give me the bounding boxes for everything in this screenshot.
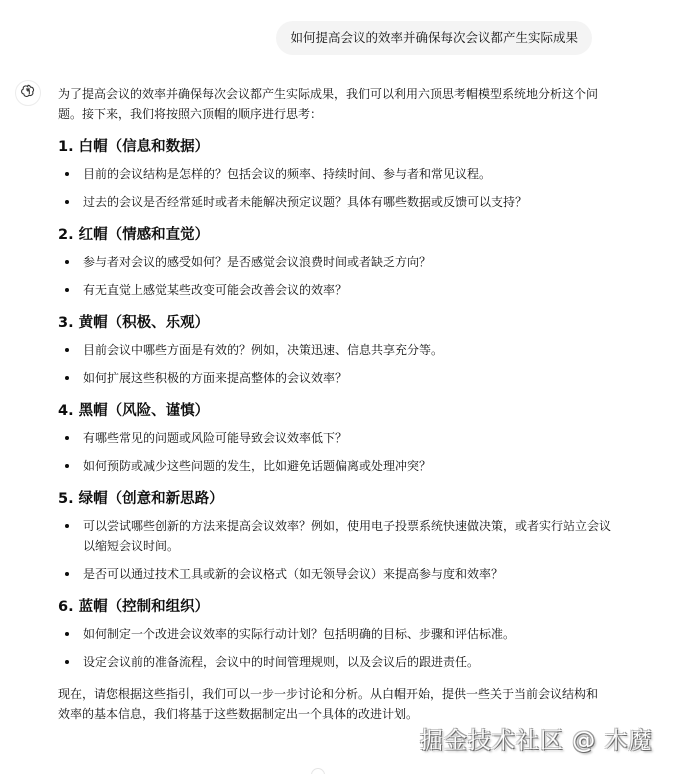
section-blue-hat: 6. 蓝帽（控制和组织） 如何制定一个改进会议效率的实际行动计划？包括明确的目标… <box>58 596 618 672</box>
list-item: 如何预防或减少这些问题的发生，比如避免话题偏离或处理冲突？ <box>58 456 618 476</box>
list-item: 是否可以通过技术工具或新的会议格式（如无领导会议）来提高参与度和效率？ <box>58 564 618 584</box>
section-white-hat: 1. 白帽（信息和数据） 目前的会议结构是怎样的？包括会议的频率、持续时间、参与… <box>58 136 618 212</box>
list-item: 如何扩展这些积极的方面来提高整体的会议效率？ <box>58 368 618 388</box>
section-title: 5. 绿帽（创意和新思路） <box>58 488 618 510</box>
bullet-list: 目前会议中哪些方面是有效的？例如，决策迅速、信息共享充分等。 如何扩展这些积极的… <box>58 340 618 388</box>
bullet-list: 如何制定一个改进会议效率的实际行动计划？包括明确的目标、步骤和评估标准。 设定会… <box>58 624 618 672</box>
list-item: 有哪些常见的问题或风险可能导致会议效率低下？ <box>58 428 618 448</box>
section-title: 4. 黑帽（风险、谨慎） <box>58 400 618 422</box>
list-item: 目前会议中哪些方面是有效的？例如，决策迅速、信息共享充分等。 <box>58 340 618 360</box>
section-title: 3. 黄帽（积极、乐观） <box>58 312 618 334</box>
list-item: 可以尝试哪些创新的方法来提高会议效率？例如，使用电子投票系统快速做决策，或者实行… <box>58 516 618 556</box>
section-title: 6. 蓝帽（控制和组织） <box>58 596 618 618</box>
list-item: 参与者对会议的感受如何？是否感觉会议浪费时间或者缺乏方向？ <box>58 252 618 272</box>
section-title: 2. 红帽（情感和直觉） <box>58 224 618 246</box>
list-item: 目前的会议结构是怎样的？包括会议的频率、持续时间、参与者和常见议程。 <box>58 164 618 184</box>
section-green-hat: 5. 绿帽（创意和新思路） 可以尝试哪些创新的方法来提高会议效率？例如，使用电子… <box>58 488 618 584</box>
chat-page: 如何提高会议的效率并确保每次会议都产生实际成果 为了提高会议的效率并确保每次会议… <box>0 0 675 774</box>
user-message-bubble: 如何提高会议的效率并确保每次会议都产生实际成果 <box>276 21 592 55</box>
watermark: 掘金技术社区 @ 木魔 <box>420 727 653 755</box>
bullet-list: 目前的会议结构是怎样的？包括会议的频率、持续时间、参与者和常见议程。 过去的会议… <box>58 164 618 212</box>
openai-logo-icon <box>20 83 36 103</box>
list-item: 如何制定一个改进会议效率的实际行动计划？包括明确的目标、步骤和评估标准。 <box>58 624 618 644</box>
section-red-hat: 2. 红帽（情感和直觉） 参与者对会议的感受如何？是否感觉会议浪费时间或者缺乏方… <box>58 224 618 300</box>
bullet-list: 参与者对会议的感受如何？是否感觉会议浪费时间或者缺乏方向？ 有无直觉上感觉某些改… <box>58 252 618 300</box>
list-item: 设定会议前的准备流程，会议中的时间管理规则，以及会议后的跟进责任。 <box>58 652 618 672</box>
bullet-list: 有哪些常见的问题或风险可能导致会议效率低下？ 如何预防或减少这些问题的发生，比如… <box>58 428 618 476</box>
assistant-message: 为了提高会议的效率并确保每次会议都产生实际成果，我们可以利用六顶思考帽模型系统地… <box>58 84 618 724</box>
section-title: 1. 白帽（信息和数据） <box>58 136 618 158</box>
bullet-list: 可以尝试哪些创新的方法来提高会议效率？例如，使用电子投票系统快速做决策，或者实行… <box>58 516 618 584</box>
assistant-outro: 现在，请您根据这些指引，我们可以一步一步讨论和分析。从白帽开始，提供一些关于当前… <box>58 684 598 724</box>
user-message-row: 如何提高会议的效率并确保每次会议都产生实际成果 <box>276 21 592 55</box>
assistant-avatar <box>15 80 41 106</box>
scroll-down-button[interactable] <box>311 768 325 774</box>
section-yellow-hat: 3. 黄帽（积极、乐观） 目前会议中哪些方面是有效的？例如，决策迅速、信息共享充… <box>58 312 618 388</box>
section-black-hat: 4. 黑帽（风险、谨慎） 有哪些常见的问题或风险可能导致会议效率低下？ 如何预防… <box>58 400 618 476</box>
assistant-intro: 为了提高会议的效率并确保每次会议都产生实际成果，我们可以利用六顶思考帽模型系统地… <box>58 84 618 124</box>
list-item: 有无直觉上感觉某些改变可能会改善会议的效率？ <box>58 280 618 300</box>
list-item: 过去的会议是否经常延时或者未能解决预定议题？具体有哪些数据或反馈可以支持？ <box>58 192 618 212</box>
